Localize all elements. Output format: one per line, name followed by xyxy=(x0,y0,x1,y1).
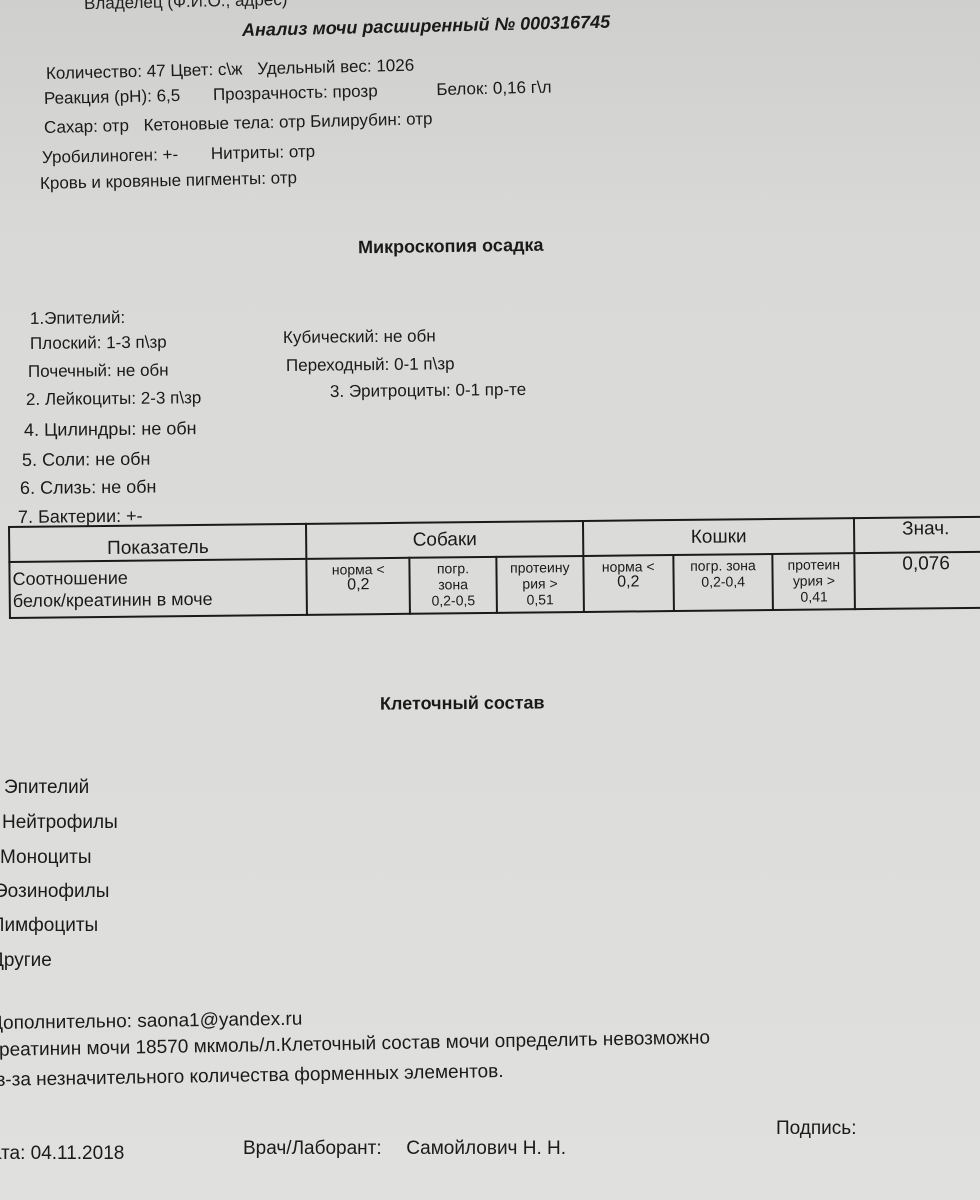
urobilinogen-value: +- xyxy=(162,145,178,164)
salts-value: не обн xyxy=(95,449,150,470)
signature-label: Подпись: xyxy=(776,1118,856,1140)
cylinders: 4. Цилиндры: не обн xyxy=(24,418,197,441)
leukocytes-value: 2-3 п\зр xyxy=(141,388,202,408)
flat-value: 1-3 п\зр xyxy=(106,333,167,353)
dogs-border-line: 0,2-0,5 xyxy=(411,592,496,609)
nitrites-value: отр xyxy=(289,142,316,162)
cell-item: Моноциты xyxy=(0,847,92,869)
ratio-value: 0,076 xyxy=(855,552,980,609)
quantity-value: 47 xyxy=(146,61,165,80)
renal-epithelium: Почечный: не обн xyxy=(28,361,169,382)
cell-item: Нейтрофилы xyxy=(2,812,118,834)
header-cats: Кошки xyxy=(583,518,855,556)
parameter-line-1: Соотношение xyxy=(12,565,306,590)
urobilinogen-label: Уробилиноген: xyxy=(42,145,158,167)
clarity-value: прозр xyxy=(332,81,378,101)
cats-prot-line: протеин xyxy=(774,556,854,573)
epithelium-heading: 1.Эпителий: xyxy=(30,308,125,329)
sugar-label: Сахар: xyxy=(44,117,98,137)
dogs-border-line: зона xyxy=(411,576,496,593)
dogs-prot-line: рия > xyxy=(497,575,582,592)
nitrites-label: Нитриты: xyxy=(211,143,285,164)
dogs-prot-line: протеину xyxy=(497,559,582,576)
header-parameter: Показатель xyxy=(9,524,307,562)
bilirubin-value: отр xyxy=(406,109,433,129)
dogs-norm-line: 0,2 xyxy=(308,577,409,594)
doctor-label: Врач/Лаборант: xyxy=(243,1138,382,1159)
date-field: Дата: 04.11.2018 xyxy=(0,1143,124,1165)
mucus-value: не обн xyxy=(101,477,156,498)
cats-prot-line: 0,41 xyxy=(774,588,854,605)
dogs-prot-line: 0,51 xyxy=(498,591,583,608)
parameter-line-2: белок/креатинин в моче xyxy=(13,587,307,612)
cell-item: Лимфоциты xyxy=(0,915,98,937)
blood-label: Кровь и кровяные пигменты: xyxy=(40,169,266,193)
cats-border-line: 0,2-0,4 xyxy=(674,573,772,590)
protein-value: 0,16 г\л xyxy=(493,77,552,97)
additional-label: Дополнительно: xyxy=(0,1011,132,1034)
dogs-border-line: погр. xyxy=(411,560,496,577)
email-link[interactable]: saona1@yandex.ru xyxy=(137,1009,302,1032)
bilirubin-label: Билирубин: xyxy=(310,110,402,131)
color-label: Цвет: xyxy=(170,60,213,80)
renal-label: Почечный: xyxy=(28,361,112,381)
cats-borderline: погр. зона 0,2-0,4 xyxy=(673,554,773,611)
sugar-value: отр xyxy=(102,116,129,136)
transitional-value: 0-1 п\зр xyxy=(394,354,455,374)
color-value: с\ж xyxy=(218,60,243,80)
cell-item: Эпителий xyxy=(4,777,89,799)
ketones-value: отр xyxy=(279,112,306,132)
cats-proteinuria: протеин урия > 0,41 xyxy=(773,553,855,610)
blood-value: отр xyxy=(270,168,297,188)
parameter-cell: Соотношение белок/креатинин в моче xyxy=(9,559,307,618)
gravity-value: 1026 xyxy=(376,56,414,76)
erythrocytes-value: 0-1 пр-те xyxy=(455,380,526,400)
cell-item: Эозинофилы xyxy=(0,881,109,903)
header-dogs: Собаки xyxy=(306,521,583,559)
flat-epithelium: Плоский: 1-3 п\зр xyxy=(30,333,167,354)
salts: 5. Соли: не обн xyxy=(22,449,151,471)
doctor-field: Врач/Лаборант: Самойлович Н. Н. xyxy=(243,1138,566,1160)
dogs-norm-line: норма < xyxy=(308,561,409,578)
cylinders-label: 4. Цилиндры: xyxy=(24,419,137,440)
flat-label: Плоский: xyxy=(30,333,102,353)
bacteria-value: +- xyxy=(126,506,143,526)
mucus: 6. Слизь: не обн xyxy=(20,477,157,499)
date-label: Дата: xyxy=(0,1143,25,1164)
dogs-borderline: погр. зона 0,2-0,5 xyxy=(409,557,496,614)
cats-norm-line: 0,2 xyxy=(584,574,672,591)
protein-creatinine-table: Показатель Собаки Кошки Знач. Соотношени… xyxy=(8,516,980,619)
additional-info: Дополнительно: saona1@yandex.ru xyxy=(0,1009,302,1035)
leukocytes-label: 2. Лейкоциты: xyxy=(26,389,136,409)
cats-norm-line: норма < xyxy=(584,558,672,575)
salts-label: 5. Соли: xyxy=(22,449,90,470)
cubic-label: Кубический: xyxy=(283,327,379,347)
microscopy-title: Микроскопия осадка xyxy=(358,235,544,259)
transitional-label: Переходный: xyxy=(286,355,390,375)
ketones-label: Кетоновые тела: xyxy=(143,113,274,135)
dogs-proteinuria: протеину рия > 0,51 xyxy=(496,556,583,613)
doctor-name: Самойлович Н. Н. xyxy=(406,1138,566,1159)
cell-item: Другие xyxy=(0,950,52,972)
ph-value: 6,5 xyxy=(156,86,180,106)
ph-label: Реакция (pH): xyxy=(44,87,152,108)
transitional-epithelium: Переходный: 0-1 п\зр xyxy=(286,354,455,376)
erythrocytes: 3. Эритроциты: 0-1 пр-те xyxy=(330,380,526,402)
gravity-label: Удельный вес: xyxy=(257,57,372,79)
cats-border-line: погр. зона xyxy=(674,557,772,574)
mucus-label: 6. Слизь: xyxy=(20,477,96,498)
dogs-norm: норма < 0,2 xyxy=(307,558,410,615)
date-value: 04.11.2018 xyxy=(31,1143,125,1164)
header-value: Знач. xyxy=(854,517,980,553)
cubic-epithelium: Кубический: не обн xyxy=(283,326,436,348)
cats-norm: норма < 0,2 xyxy=(583,555,673,612)
quantity-label: Количество: xyxy=(46,62,142,83)
cylinders-value: не обн xyxy=(141,418,196,439)
protein-label: Белок: xyxy=(436,79,488,99)
cubic-value: не обн xyxy=(383,326,435,346)
cats-prot-line: урия > xyxy=(774,572,854,589)
bacteria-label: 7. Бактерии: xyxy=(18,506,121,527)
clarity-label: Прозрачность: xyxy=(213,83,328,105)
erythrocytes-label: 3. Эритроциты: xyxy=(330,381,451,401)
leukocytes: 2. Лейкоциты: 2-3 п\зр xyxy=(26,388,201,410)
table-row: Соотношение белок/креатинин в моче норма… xyxy=(9,552,980,618)
cell-composition-title: Клеточный состав xyxy=(380,692,545,714)
renal-value: не обн xyxy=(116,361,168,381)
